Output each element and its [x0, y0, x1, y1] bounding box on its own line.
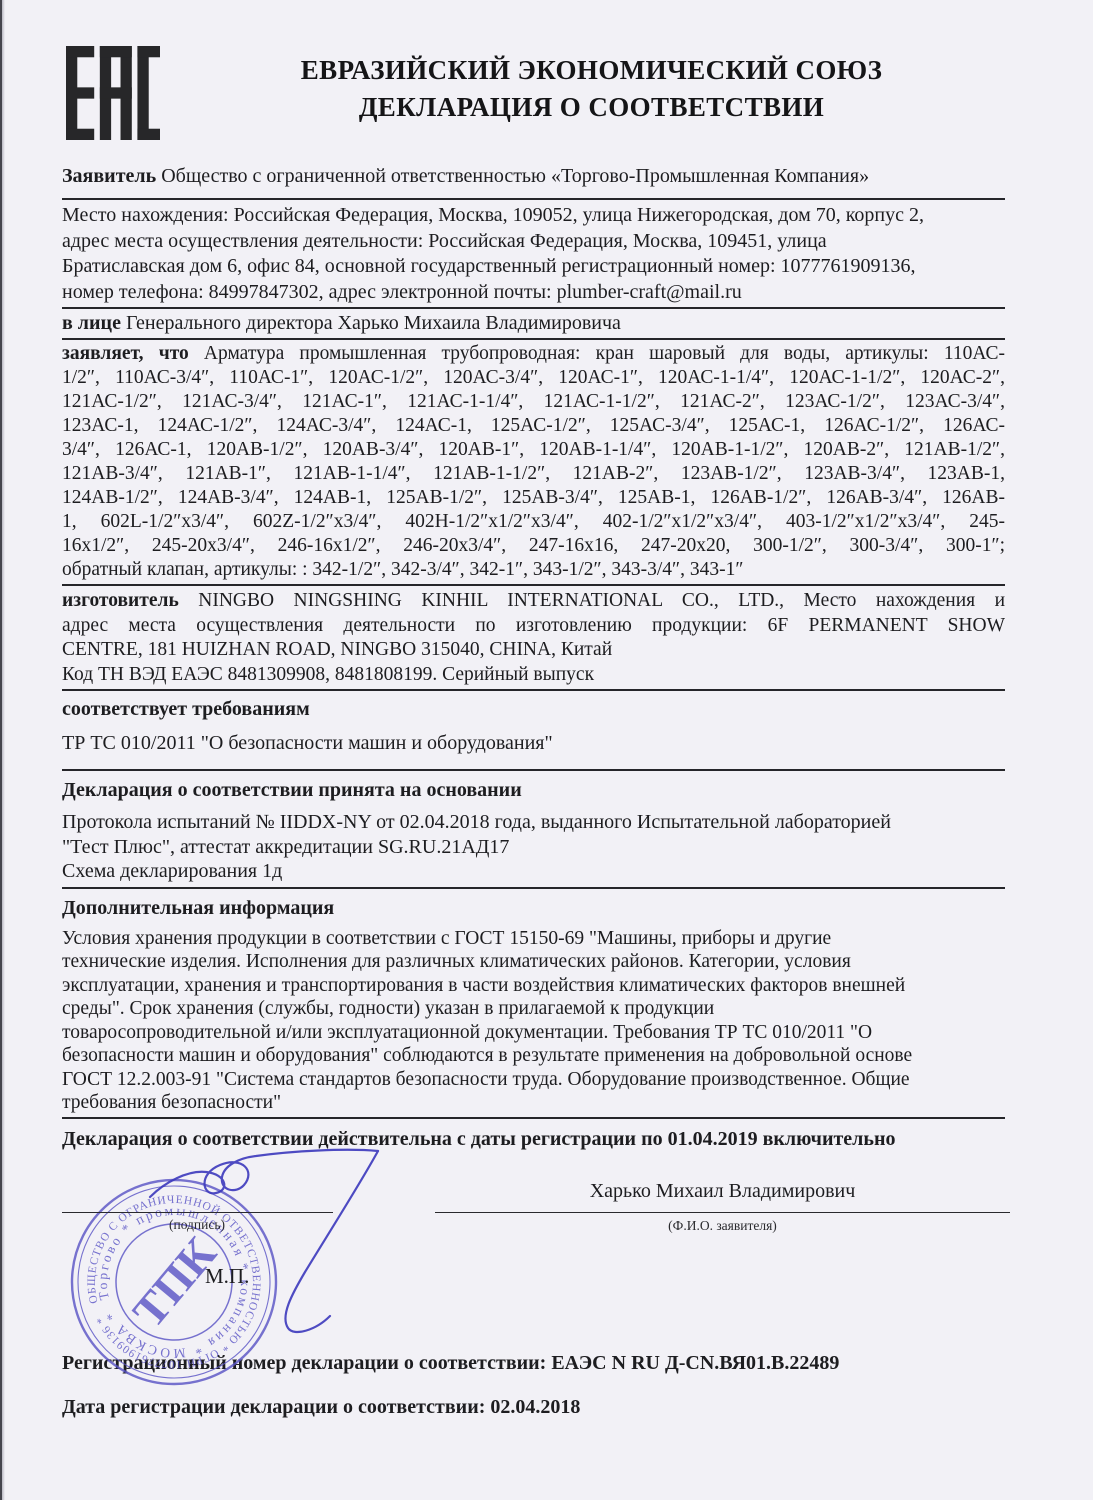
manufacturer-line: изготовитель NINGBO NINGSHING KINHIL INT…	[62, 589, 1005, 614]
additional-line: ГОСТ 12.2.003-91 "Система стандартов без…	[62, 1068, 1005, 1092]
in-person-value: Генерального директора Харько Михаила Вл…	[126, 312, 621, 334]
location-line: адрес места осуществления деятельности: …	[62, 229, 1005, 255]
product-line: обратный клапан, артикулы: : 342-1/2″, 3…	[62, 558, 1005, 582]
divider	[62, 887, 1005, 889]
additional-line: технические изделия. Исполнения для разл…	[62, 950, 1005, 974]
additional-paragraph: Условия хранения продукции в соответстви…	[62, 927, 1005, 1115]
handwritten-signature	[120, 1144, 520, 1359]
compliance-value: ТР ТС 010/2011 "О безопасности машин и о…	[62, 730, 1005, 756]
manufacturer-name: NINGBO NINGSHING KINHIL INTERNATIONAL CO…	[198, 590, 1005, 611]
location-line: Место нахождения: Российская Федерация, …	[62, 203, 1005, 229]
basis-line: Протокола испытаний № IIDDX-NY от 02.04.…	[62, 810, 1005, 835]
additional-line: Условия хранения продукции в соответстви…	[62, 927, 1005, 951]
manufacturer-paragraph: изготовитель NINGBO NINGSHING KINHIL INT…	[62, 589, 1005, 687]
manufacturer-line: адрес места осуществления деятельности п…	[62, 614, 1005, 639]
additional-heading: Дополнительная информация	[62, 896, 1005, 920]
additional-line: товаросопроводительной и/или эксплуатаци…	[62, 1021, 1005, 1045]
signature-line	[62, 1212, 333, 1213]
product-line: 123АС-1, 124АС-1/2″, 124АС-3/4″, 124АС-1…	[62, 414, 1005, 438]
divider	[62, 198, 1005, 200]
product-line: 1/2″, 110АС-3/4″, 110АС-1″, 120АС-1/2″, …	[62, 366, 1005, 390]
applicant-value: Общество с ограниченной ответственностью…	[161, 165, 869, 187]
in-person-row: в лице Генерального директора Харько Мих…	[62, 311, 1005, 336]
basis-line: Схема декларирования 1д	[62, 859, 1005, 884]
product-line: 124АВ-1/2″, 124АВ-3/4″, 124АВ-1, 125АВ-1…	[62, 486, 1005, 510]
scan-edge-shade	[2, 0, 5, 1500]
product-line: заявляет, что Арматура промышленная труб…	[62, 342, 1005, 366]
manufacturer-line: CENTRE, 181 HUIZHAN ROAD, NINGBO 315040,…	[62, 638, 1005, 663]
basis-heading: Декларация о соответствии принята на осн…	[62, 778, 1005, 802]
additional-line: эксплуатации, хранения и транспортирован…	[62, 974, 1005, 998]
applicant-row: Заявитель Общество с ограниченной ответс…	[62, 163, 1005, 189]
divider	[62, 769, 1005, 771]
signature-block: ОБЩЕСТВО С ОГРАНИЧЕННОЙ ОТВЕТСТВЕННОСТЬЮ…	[62, 1152, 1005, 1342]
declaration-document: ЕВРАЗИЙСКИЙ ЭКОНОМИЧЕСКИЙ СОЮЗ ДЕКЛАРАЦИ…	[0, 0, 1093, 1500]
location-line: Братиславская дом 6, офис 84, основной г…	[62, 254, 1005, 280]
location-paragraph: Место нахождения: Российская Федерация, …	[62, 203, 1005, 305]
basis-paragraph: Протокола испытаний № IIDDX-NY от 02.04.…	[62, 810, 1005, 884]
compliance-heading: соответствует требованиям	[62, 697, 1005, 721]
signature-caption: (подпись)	[117, 1217, 277, 1233]
basis-line: "Тест Плюс", аттестат аккредитации SG.RU…	[62, 835, 1005, 860]
declares-label: заявляет, что	[62, 343, 189, 364]
additional-line: безопасности машин и оборудования" соблю…	[62, 1044, 1005, 1068]
fio-line	[435, 1212, 1010, 1213]
manufacturer-line: Код ТН ВЭД ЕАЭС 8481309908, 8481808199. …	[62, 663, 1005, 688]
stamp-place-label: М.П.	[205, 1264, 249, 1289]
product-line: 16х1/2″, 245-20х3/4″, 246-16х1/2″, 246-2…	[62, 534, 1005, 558]
divider	[62, 338, 1005, 340]
additional-line: среды". Срок хранения (службы, годности)…	[62, 997, 1005, 1021]
divider	[62, 307, 1005, 309]
applicant-label: Заявитель	[62, 165, 156, 187]
manufacturer-label: изготовитель	[62, 590, 179, 611]
divider	[62, 584, 1005, 586]
product-line: 121АС-1/2″, 121АС-3/4″, 121АС-1″, 121АС-…	[62, 390, 1005, 414]
fio-caption: (Ф.И.О. заявителя)	[435, 1218, 1010, 1234]
location-line: номер телефона: 84997847302, адрес элект…	[62, 280, 1005, 306]
product-line: 1, 602L-1/2″х3/4″, 602Z-1/2″х3/4″, 402H-…	[62, 510, 1005, 534]
declares-intro: Арматура промышленная трубопроводная: кр…	[204, 343, 1005, 364]
applicant-fio: Харько Михаил Владимирович	[435, 1180, 1010, 1203]
in-person-label: в лице	[62, 312, 121, 334]
divider	[62, 689, 1005, 691]
product-line: 3/4″, 126АС-1, 120АВ-1/2″, 120АВ-3/4″, 1…	[62, 438, 1005, 462]
product-list-paragraph: заявляет, что Арматура промышленная труб…	[62, 342, 1005, 582]
additional-line: требования безопасности"	[62, 1091, 1005, 1115]
product-line: 121АВ-3/4″, 121АВ-1″, 121АВ-1-1/4″, 121А…	[62, 462, 1005, 486]
divider	[62, 1117, 1005, 1119]
